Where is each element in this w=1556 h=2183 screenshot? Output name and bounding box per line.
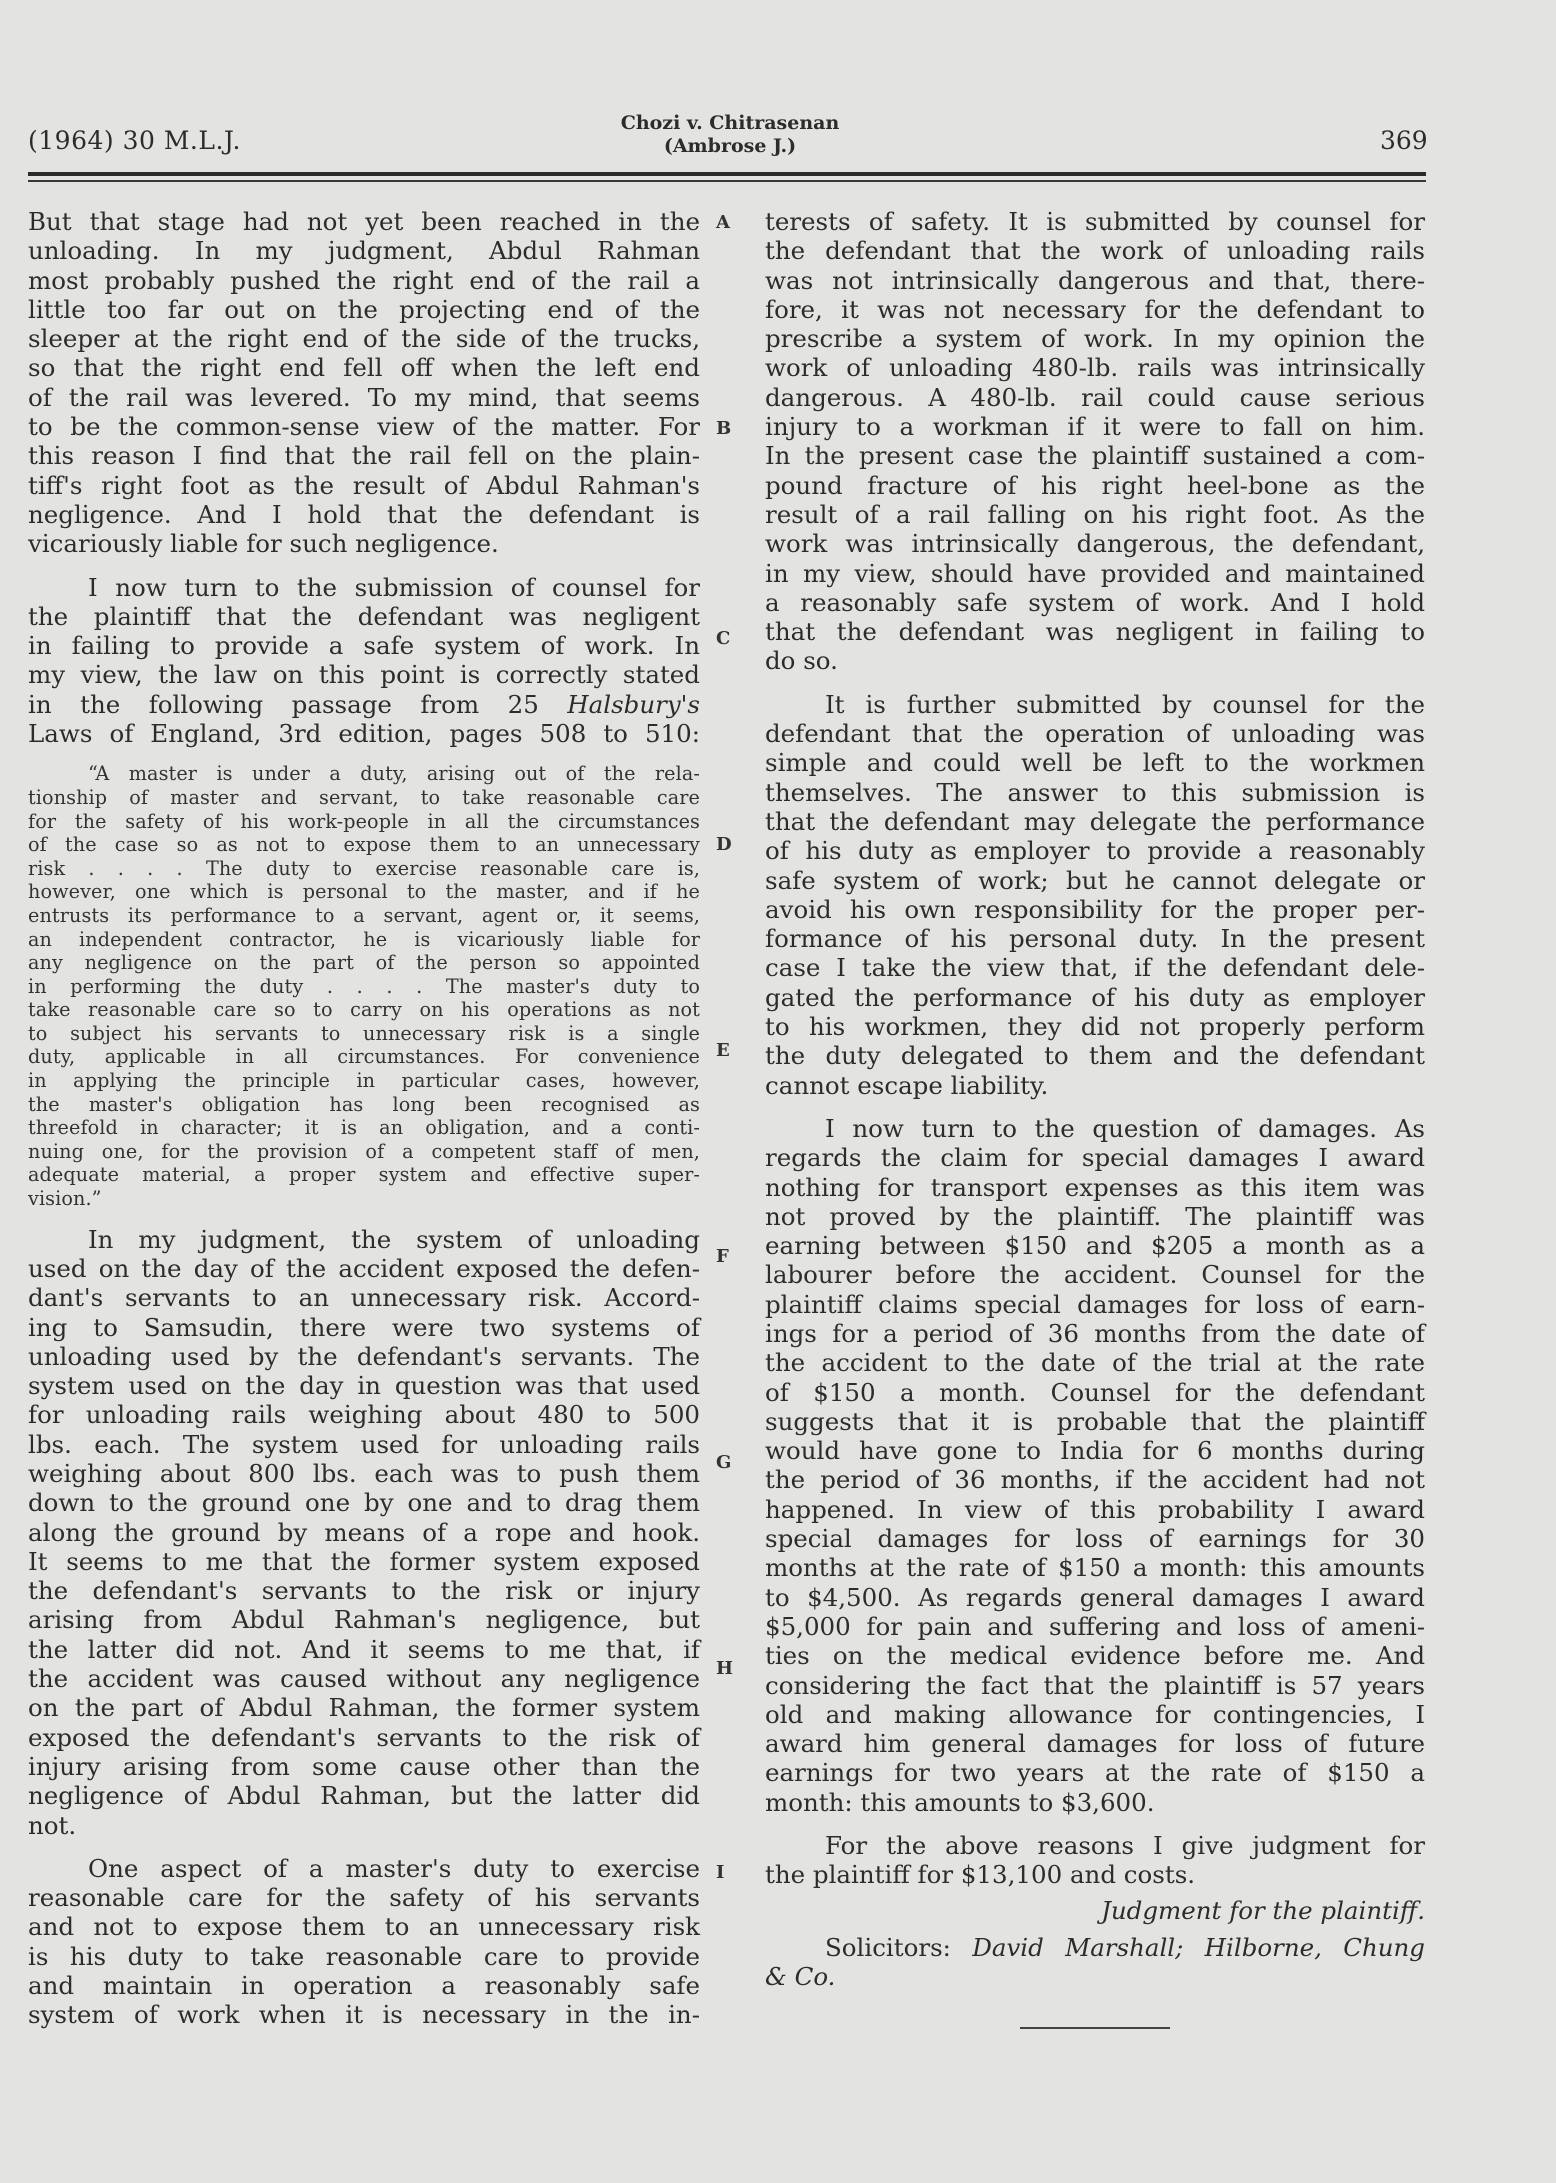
text-line: for the safety of his work-people in all… (28, 810, 700, 834)
solicitors-line: Solicitors: David Marshall; Hilborne, Ch… (765, 1933, 1425, 1962)
text-line: exposed the defendant's servants to the … (28, 1723, 700, 1752)
text-line: tionship of master and servant, to take … (28, 786, 700, 810)
text-line: labourer before the accident. Counsel fo… (765, 1260, 1425, 1289)
text-line: of the case so as not to expose them to … (28, 833, 700, 857)
judgment-result: Judgment for the plaintiff. (765, 1896, 1425, 1925)
solicitors-names: David Marshall; Hilborne, Chung (972, 1933, 1425, 1962)
text-line: I now turn to the question of damages. A… (765, 1114, 1425, 1143)
book-title: Halsbury's (539, 690, 700, 719)
text-line: the plaintiff for $13,100 and costs. (765, 1860, 1425, 1889)
text-line: system used on the day in question was t… (28, 1371, 700, 1400)
text-line: suggests that it is probable that the pl… (765, 1407, 1425, 1436)
text-line: the defendant's servants to the risk or … (28, 1576, 700, 1605)
solicitors-names-continued: & Co. (765, 1962, 1425, 1991)
paragraph: For the above reasons I give judgment fo… (765, 1831, 1425, 1890)
text-line: $5,000 for pain and suffering and loss o… (765, 1612, 1425, 1641)
header-rule-thin (28, 180, 1426, 182)
text-line: the defendant that the work of unloading… (765, 236, 1425, 265)
text-line: regards the claim for special damages I … (765, 1143, 1425, 1172)
text-line: most probably pushed the right end of th… (28, 266, 700, 295)
text-line: down to the ground one by one and to dra… (28, 1488, 700, 1517)
text-line: I now turn to the submission of counsel … (28, 573, 700, 602)
text-line: ing to Samsudin, there were two systems … (28, 1313, 700, 1342)
text-line: the accident to the date of the trial at… (765, 1348, 1425, 1377)
text-line: is his duty to take reasonable care to p… (28, 1942, 700, 1971)
margin-letter-f: F (716, 1246, 729, 1267)
text-line: negligence of Abdul Rahman, but the latt… (28, 1781, 700, 1810)
text-line: to $4,500. As regards general damages I … (765, 1583, 1425, 1612)
judge-name: (Ambrose J.) (530, 135, 930, 158)
text-line: In my judgment, the system of unloading (28, 1225, 700, 1254)
text-line: system of work when it is necessary in t… (28, 2000, 700, 2029)
solicitors-label: Solicitors: (825, 1933, 951, 1962)
text-line: not proved by the plaintiff. The plainti… (765, 1202, 1425, 1231)
end-rule (1020, 2027, 1170, 2029)
text-line: In the present case the plaintiff sustai… (765, 441, 1425, 470)
case-title: Chozi v. Chitrasenan (530, 112, 930, 135)
text-line: in my view, should have provided and mai… (765, 559, 1425, 588)
text-line: sleeper at the right end of the side of … (28, 324, 700, 353)
text-line: along the ground by means of a rope and … (28, 1518, 700, 1547)
text-line: special damages for loss of earnings for… (765, 1524, 1425, 1553)
text-line: for unloading rails weighing about 480 t… (28, 1400, 700, 1429)
text-line: earnings for two years at the rate of $1… (765, 1758, 1425, 1787)
page-number: 369 (1380, 126, 1425, 155)
text-line: the duty delegated to them and the defen… (765, 1041, 1425, 1070)
text-line: old and making allowance for contingenci… (765, 1700, 1425, 1729)
text-line: to subject his servants to unnecessary r… (28, 1022, 700, 1046)
margin-letter-h: H (716, 1658, 733, 1679)
text-line: considering the fact that the plaintiff … (765, 1671, 1425, 1700)
text-line: threefold in character; it is an obligat… (28, 1116, 700, 1140)
text-line: any negligence on the part of the person… (28, 951, 700, 975)
text-line: and not to expose them to an unnecessary… (28, 1912, 700, 1941)
text-line: reasonable care for the safety of his se… (28, 1883, 700, 1912)
text-line: pound fracture of his right heel-bone as… (765, 471, 1425, 500)
text-line: simple and could well be left to the wor… (765, 748, 1425, 777)
text-line: One aspect of a master's duty to exercis… (28, 1854, 700, 1883)
paragraph: But that stage had not yet been reached … (28, 207, 700, 559)
text-line: so that the right end fell off when the … (28, 353, 700, 382)
text-line: dant's servants to an unnecessary risk. … (28, 1283, 700, 1312)
text-line: that the defendant was negligent in fail… (765, 617, 1425, 646)
right-column: terests of safety. It is submitted by co… (765, 207, 1425, 1992)
margin-letter-a: A (716, 212, 730, 233)
text-line: that the defendant may delegate the perf… (765, 807, 1425, 836)
text-line: would have gone to India for 6 months du… (765, 1436, 1425, 1465)
text-line: the master's obligation has long been re… (28, 1093, 700, 1117)
text-line: in applying the principle in particular … (28, 1069, 700, 1093)
text-line: But that stage had not yet been reached … (28, 207, 700, 236)
text-line: adequate material, a proper system and e… (28, 1163, 700, 1187)
text-line: an independent contractor, he is vicario… (28, 928, 700, 952)
text-line: vicariously liable for such negligence. (28, 529, 700, 558)
text-line: on the part of Abdul Rahman, the former … (28, 1693, 700, 1722)
text-line: of $150 a month. Counsel for the defenda… (765, 1378, 1425, 1407)
block-quote: “A master is under a duty, arising out o… (28, 762, 700, 1210)
paragraph: One aspect of a master's duty to exercis… (28, 1854, 700, 2030)
margin-letter-b: B (716, 418, 731, 439)
text-line: safe system of work; but he cannot deleg… (765, 866, 1425, 895)
margin-letter-e: E (716, 1040, 730, 1061)
text-line: nothing for transport expenses as this i… (765, 1173, 1425, 1202)
margin-letter-i: I (716, 1862, 724, 1883)
text-line: work was intrinsically dangerous, the de… (765, 529, 1425, 558)
text-line: unloading used by the defendant's servan… (28, 1342, 700, 1371)
paragraph: It is further submitted by counsel for t… (765, 690, 1425, 1100)
text-line: defendant that the operation of unloadin… (765, 719, 1425, 748)
text-line: cannot escape liability. (765, 1071, 1425, 1100)
text-line: was not intrinsically dangerous and that… (765, 266, 1425, 295)
text-line: of his duty as employer to provide a rea… (765, 836, 1425, 865)
text-line: ings for a period of 36 months from the … (765, 1319, 1425, 1348)
text-line: themselves. The answer to this submissio… (765, 778, 1425, 807)
margin-letter-c: C (716, 628, 730, 649)
text-line: a reasonably safe system of work. And I … (765, 588, 1425, 617)
text-line: month: this amounts to $3,600. (765, 1788, 1425, 1817)
text-line: the latter did not. And it seems to me t… (28, 1635, 700, 1664)
text-line: the accident was caused without any negl… (28, 1664, 700, 1693)
text-line: case I take the view that, if the defend… (765, 953, 1425, 982)
text-line: however, one which is personal to the ma… (28, 880, 700, 904)
text-line: in performing the duty . . . . The maste… (28, 975, 700, 999)
text-line: to his workmen, they did not properly pe… (765, 1012, 1425, 1041)
text-line: formance of his personal duty. In the pr… (765, 924, 1425, 953)
paragraph: In my judgment, the system of unloadingu… (28, 1225, 700, 1840)
text-line: lbs. each. The system used for unloading… (28, 1430, 700, 1459)
text-line: award him general damages for loss of fu… (765, 1729, 1425, 1758)
text-line: entrusts its performance to a servant, a… (28, 904, 700, 928)
text-line: fore, it was not necessary for the defen… (765, 295, 1425, 324)
text-line: of the rail was levered. To my mind, tha… (28, 383, 700, 412)
text-line: duty, applicable in all circumstances. F… (28, 1045, 700, 1069)
margin-letter-g: G (716, 1452, 731, 1473)
text-line: nuing one, for the provision of a compet… (28, 1140, 700, 1164)
text-line: happened. In view of this probability I … (765, 1495, 1425, 1524)
text-line: unloading. In my judgment, Abdul Rahman (28, 236, 700, 265)
text-line: dangerous. A 480-lb. rail could cause se… (765, 383, 1425, 412)
document-page: (1964) 30 M.L.J. Chozi v. Chitrasenan (A… (0, 0, 1556, 2183)
text-line: the period of 36 months, if the accident… (765, 1465, 1425, 1494)
text-line: arising from Abdul Rahman's negligence, … (28, 1605, 700, 1634)
text-line: and maintain in operation a reasonably s… (28, 1971, 700, 2000)
text-line: used on the day of the accident exposed … (28, 1254, 700, 1283)
text-line: injury to a workman if it were to fall o… (765, 412, 1425, 441)
text-line: in failing to provide a safe system of w… (28, 631, 700, 660)
paragraph: I now turn to the question of damages. A… (765, 1114, 1425, 1817)
header-rule-thick (28, 172, 1426, 176)
text-line: in the following passage from 25 Halsbur… (28, 690, 700, 719)
text-line: Laws of England, 3rd edition, pages 508 … (28, 719, 700, 748)
text-line: It seems to me that the former system ex… (28, 1547, 700, 1576)
paragraph: terests of safety. It is submitted by co… (765, 207, 1425, 676)
running-head: Chozi v. Chitrasenan (Ambrose J.) (530, 112, 930, 158)
text-line: tiff's right foot as the result of Abdul… (28, 471, 700, 500)
paragraph: I now turn to the submission of counsel … (28, 573, 700, 749)
text-line: take reasonable care so to carry on his … (28, 998, 700, 1022)
text-line: negligence. And I hold that the defendan… (28, 500, 700, 529)
text-line: months at the rate of $150 a month: this… (765, 1553, 1425, 1582)
text-line: injury arising from some cause other tha… (28, 1752, 700, 1781)
left-column: But that stage had not yet been reached … (28, 207, 700, 2030)
text-line: ties on the medical evidence before me. … (765, 1641, 1425, 1670)
text-line: earning between $150 and $205 a month as… (765, 1231, 1425, 1260)
text-line: the plaintiff that the defendant was neg… (28, 602, 700, 631)
text-line: It is further submitted by counsel for t… (765, 690, 1425, 719)
citation: (1964) 30 M.L.J. (28, 126, 241, 155)
margin-letter-d: D (716, 834, 732, 855)
text-line: little too far out on the projecting end… (28, 295, 700, 324)
text-line: do so. (765, 646, 1425, 675)
text-line: result of a rail falling on his right fo… (765, 500, 1425, 529)
text-line: work of unloading 480-lb. rails was intr… (765, 353, 1425, 382)
text-line: my view, the law on this point is correc… (28, 660, 700, 689)
text-line: not. (28, 1811, 700, 1840)
text-line: avoid his own responsibility for the pro… (765, 895, 1425, 924)
text-line: gated the performance of his duty as emp… (765, 983, 1425, 1012)
text-line: prescribe a system of work. In my opinio… (765, 324, 1425, 353)
text-line: risk . . . . The duty to exercise reason… (28, 857, 700, 881)
text-line: For the above reasons I give judgment fo… (765, 1831, 1425, 1860)
text-line: weighing about 800 lbs. each was to push… (28, 1459, 700, 1488)
text-line: terests of safety. It is submitted by co… (765, 207, 1425, 236)
text-line: plaintiff claims special damages for los… (765, 1290, 1425, 1319)
text-line: “A master is under a duty, arising out o… (28, 762, 700, 786)
text-line: to be the common-sense view of the matte… (28, 412, 700, 441)
text-line: this reason I find that the rail fell on… (28, 441, 700, 470)
text-line: vision.” (28, 1187, 700, 1211)
